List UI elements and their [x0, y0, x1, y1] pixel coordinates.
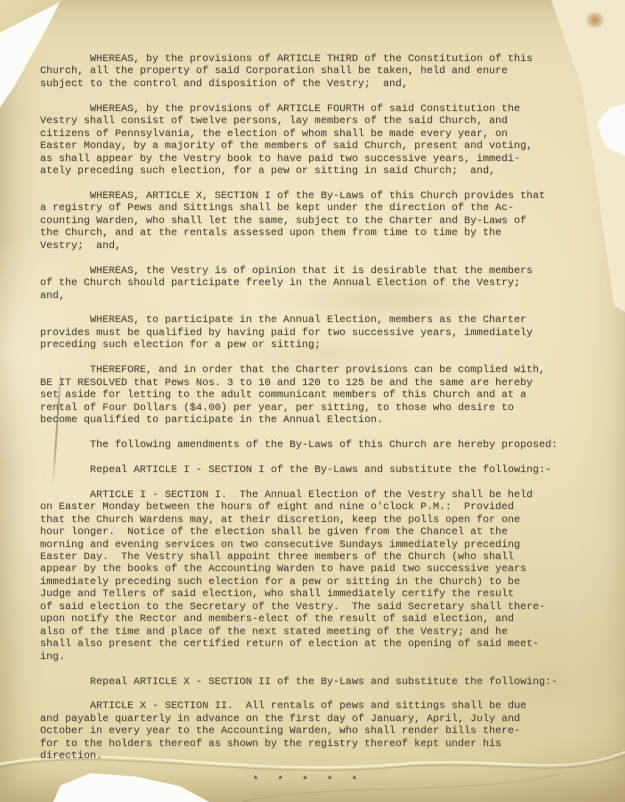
asterisk-separator: * * * * *: [40, 775, 572, 787]
scanned-document: WHEREAS, by the provisions of ARTICLE TH…: [0, 0, 625, 802]
paragraph: Repeal ARTICLE X - SECTION II of the By-…: [40, 676, 572, 688]
paragraph: WHEREAS, ARTICLE X, SECTION I of the By-…: [40, 190, 572, 252]
paragraph: The following amendments of the By-Laws …: [40, 439, 572, 451]
paragraph: WHEREAS, by the provisions of ARTICLE FO…: [40, 103, 572, 178]
paragraph: ARTICLE I - SECTION I. The Annual Electi…: [40, 489, 572, 663]
paragraph: WHEREAS, to participate in the Annual El…: [40, 314, 572, 351]
paragraph: WHEREAS, the Vestry is of opinion that i…: [40, 265, 572, 302]
typewritten-text: WHEREAS, by the provisions of ARTICLE TH…: [40, 53, 572, 788]
paragraph: Repeal ARTICLE I - SECTION I of the By-L…: [40, 464, 572, 476]
paragraph: ARTICLE X - SECTION II. All rentals of p…: [40, 700, 572, 762]
paragraph: THEREFORE, and in order that the Charter…: [40, 364, 572, 426]
paragraph: WHEREAS, by the provisions of ARTICLE TH…: [40, 53, 572, 90]
